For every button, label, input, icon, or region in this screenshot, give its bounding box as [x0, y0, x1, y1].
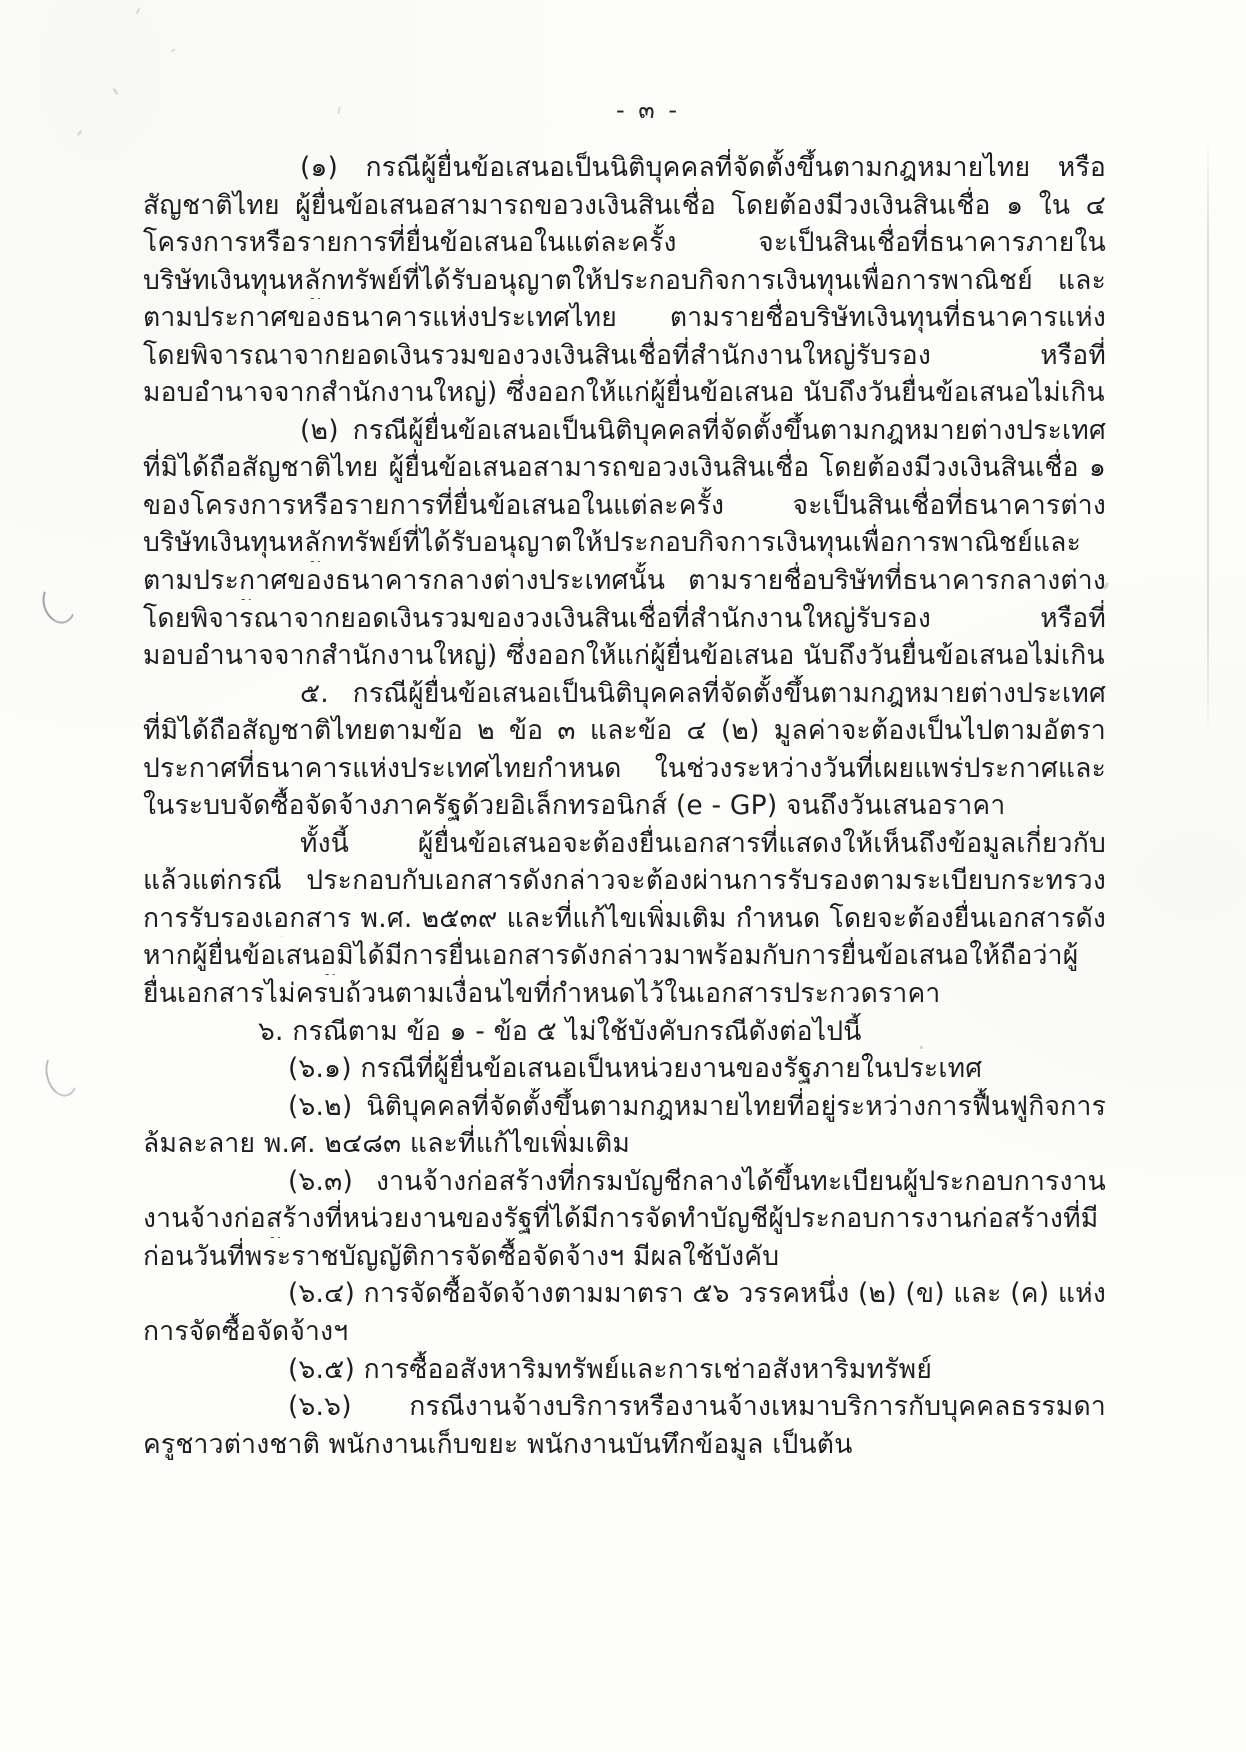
text-line: โดยพิจารณาจากยอดเงินรวมของวงเงินสินเชื่อ… [143, 600, 1106, 638]
scan-artifact-crescent [37, 578, 80, 628]
text-line: ประกาศที่ธนาคารแห่งประเทศไทยกำหนด ในช่วง… [143, 750, 1106, 788]
scan-artifact-speck [170, 48, 175, 52]
text-line: ในระบบจัดซื้อจัดจ้างภาครัฐด้วยอิเล็กทรอน… [143, 787, 1106, 825]
text-line: ที่มิได้ถือสัญชาติไทย ผู้ยื่นข้อเสนอสามา… [143, 449, 1106, 487]
text-line: ตามประกาศของธนาคารกลางต่างประเทศนั้น ตาม… [143, 562, 1106, 600]
text-line: การจัดซื้อจัดจ้างฯ [143, 1313, 1106, 1351]
text-line: ของโครงการหรือรายการที่ยื่นข้อเสนอในแต่ล… [143, 487, 1106, 525]
text-line: ที่มิได้ถือสัญชาติไทยตามข้อ ๒ ข้อ ๓ และข… [143, 712, 1106, 750]
text-line: (๖.๖) กรณีงานจ้างบริการหรืองานจ้างเหมาบร… [143, 1388, 1106, 1426]
text-line: (๑) กรณีผู้ยื่นข้อเสนอเป็นนิติบุคคลที่จั… [143, 149, 1106, 187]
text-line: โครงการหรือรายการที่ยื่นข้อเสนอในแต่ละคร… [143, 224, 1106, 262]
text-line: แล้วแต่กรณี ประกอบกับเอกสารดังกล่าวจะต้อ… [143, 862, 1106, 900]
scan-artifact-speck [112, 88, 118, 95]
text-line: (๖.๔) การจัดซื้อจัดจ้างตามมาตรา ๕๖ วรรคห… [143, 1275, 1106, 1313]
text-line: หากผู้ยื่นข้อเสนอมิได้มีการยื่นเอกสารดัง… [143, 937, 1106, 975]
text-line: ยื่นเอกสารไม่ครบถ้วนตามเงื่อนไขที่กำหนดไ… [143, 975, 1106, 1013]
text-line: บริษัทเงินทุนหลักทรัพย์ที่ได้รับอนุญาตให… [143, 524, 1106, 562]
text-line: มอบอำนาจจากสำนักงานใหญ่) ซึ่งออกให้แก่ผู… [143, 637, 1106, 675]
text-line: งานจ้างก่อสร้างที่หน่วยงานของรัฐที่ได้มี… [143, 1200, 1106, 1238]
text-line: โดยพิจารณาจากยอดเงินรวมของวงเงินสินเชื่อ… [143, 337, 1106, 375]
text-line: (๖.๓) งานจ้างก่อสร้างที่กรมบัญชีกลางได้ข… [143, 1163, 1106, 1201]
scan-artifact-crescent [41, 1048, 83, 1100]
text-line: ครูชาวต่างชาติ พนักงานเก็บขยะ พนักงานบัน… [143, 1426, 1106, 1464]
text-line: ก่อนวันที่พระราชบัญญัติการจัดซื้อจัดจ้าง… [143, 1238, 1106, 1276]
text-line: (๖.๑) กรณีที่ผู้ยื่นข้อเสนอเป็นหน่วยงานข… [143, 1050, 1106, 1088]
text-line: สัญชาติไทย ผู้ยื่นข้อเสนอสามารถขอวงเงินส… [143, 187, 1106, 225]
scan-artifact-speck [136, 8, 140, 14]
scan-artifact-speck [337, 107, 341, 114]
scan-artifact-speck [76, 130, 82, 137]
page-number: - ๓ - [563, 90, 733, 129]
scan-artifact-paper-edge [1207, 130, 1209, 740]
document-page: - ๓ - (๑) กรณีผู้ยื่นข้อเสนอเป็นนิติบุคค… [0, 0, 1246, 1752]
text-line: ๕. กรณีผู้ยื่นข้อเสนอเป็นนิติบุคคลที่จัด… [143, 675, 1106, 713]
document-lines: (๑) กรณีผู้ยื่นข้อเสนอเป็นนิติบุคคลที่จั… [143, 149, 1106, 1463]
text-line: (๒) กรณีผู้ยื่นข้อเสนอเป็นนิติบุคคลที่จั… [143, 412, 1106, 450]
text-line: มอบอำนาจจากสำนักงานใหญ่) ซึ่งออกให้แก่ผู… [143, 374, 1106, 412]
text-line: การรับรองเอกสาร พ.ศ. ๒๕๓๙ และที่แก้ไขเพิ… [143, 900, 1106, 938]
text-line: ล้มละลาย พ.ศ. ๒๔๘๓ และที่แก้ไขเพิ่มเติม [143, 1125, 1106, 1163]
text-line: ทั้งนี้ ผู้ยื่นข้อเสนอจะต้องยื่นเอกสารที… [143, 825, 1106, 863]
text-line: บริษัทเงินทุนหลักทรัพย์ที่ได้รับอนุญาตให… [143, 262, 1106, 300]
text-line: ตามประกาศของธนาคารแห่งประเทศไทย ตามรายชื… [143, 299, 1106, 337]
text-line: (๖.๕) การซื้ออสังหาริมทรัพย์และการเช่าอส… [143, 1351, 1106, 1389]
text-line: (๖.๒) นิติบุคคลที่จัดตั้งขึ้นตามกฎหมายไท… [143, 1088, 1106, 1126]
text-line: ๖. กรณีตาม ข้อ ๑ - ข้อ ๕ ไม่ใช้บังคับกรณ… [143, 1013, 1106, 1051]
